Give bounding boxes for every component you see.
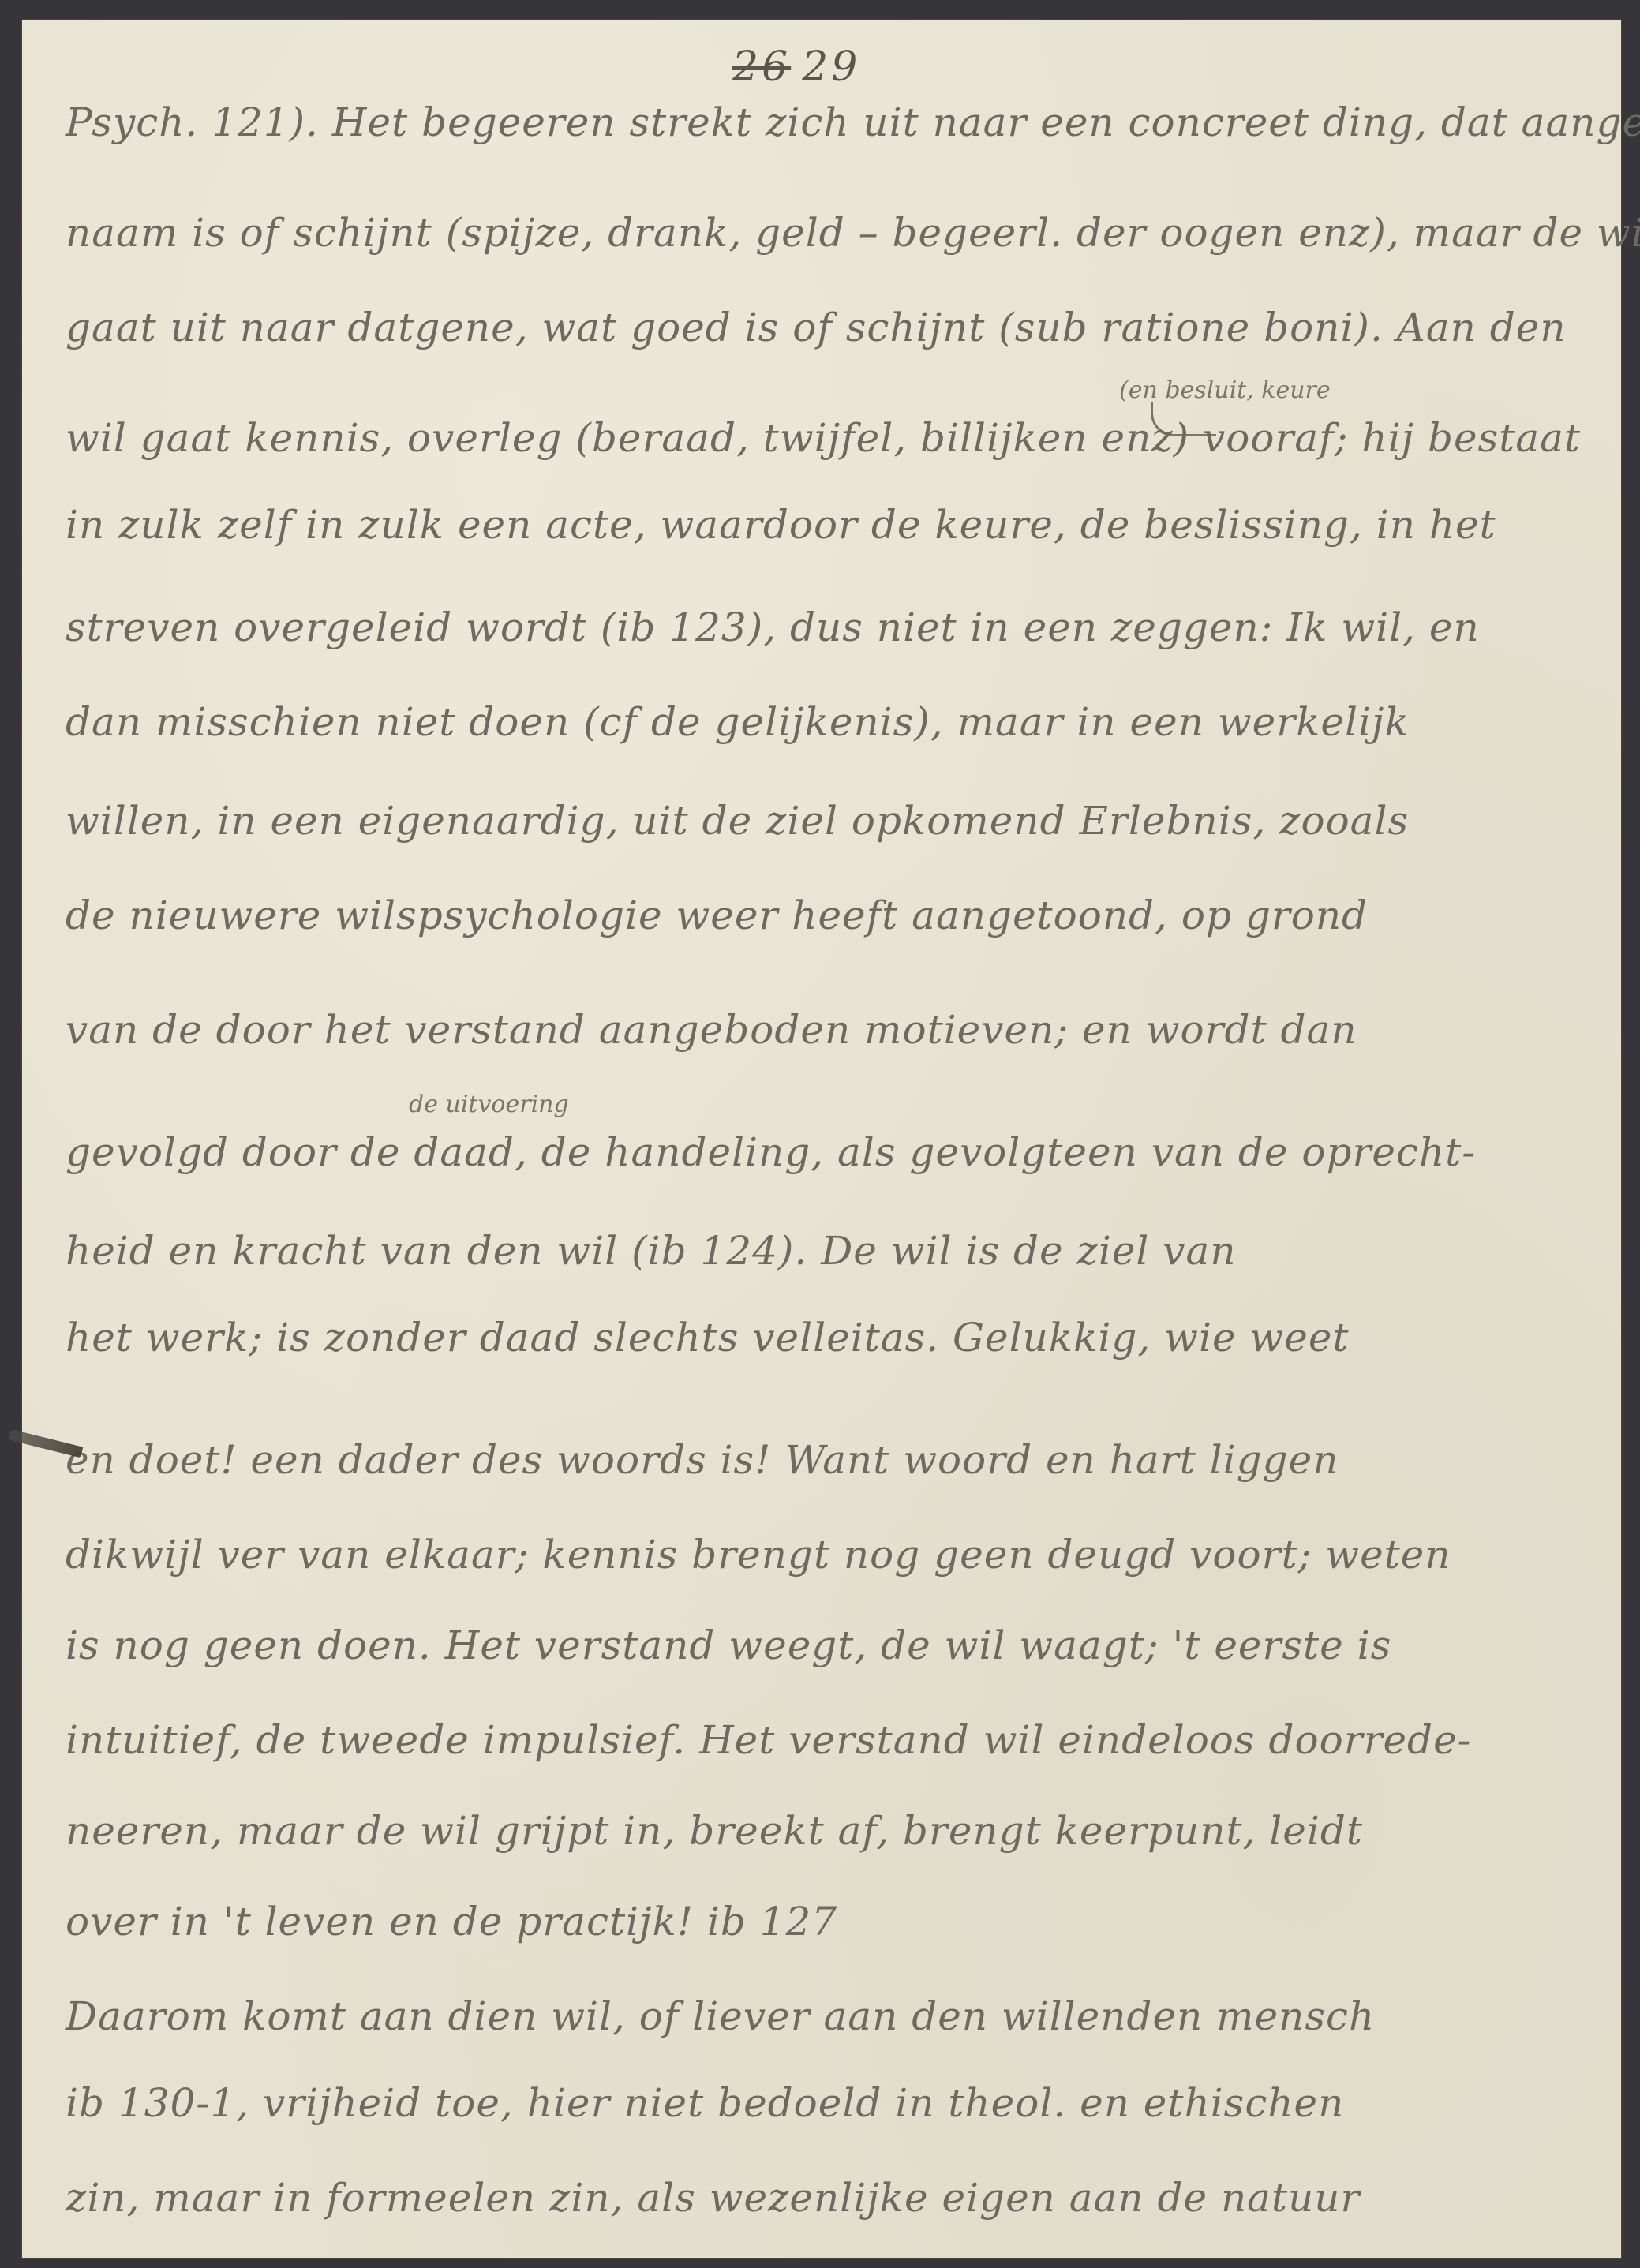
text-line-21: ib 130-1, vrijheid toe, hier niet bedoel… [66, 2083, 1344, 2123]
text-line-16: is nog geen doen. Het verstand weegt, de… [66, 1626, 1391, 1665]
text-line-17: intuitief, de tweede impulsief. Het vers… [66, 1720, 1472, 1760]
struck-page-number: 26 [732, 43, 791, 91]
text-line-5: in zulk zelf in zulk een acte, waardoor … [66, 505, 1496, 545]
manuscript-page: 2629 Psych. 121). Het begeeren strekt zi… [22, 20, 1621, 2258]
text-line-4: wil gaat kennis, overleg (beraad, twijfe… [66, 418, 1581, 458]
interlinear-note-1: (en besluit, keure [1119, 379, 1331, 402]
text-line-10: van de door het verstand aangeboden moti… [66, 1010, 1357, 1050]
text-line-9: de nieuwere wilspsychologie weer heeft a… [66, 896, 1368, 935]
text-line-14: en doet! een dader des woords is! Want w… [66, 1440, 1339, 1480]
text-line-2: naam is of schijnt (spijze, drank, geld … [66, 213, 1640, 253]
text-line-8: willen, in een eigenaardig, uit de ziel … [66, 801, 1409, 840]
text-line-18: neeren, maar de wil grijpt in, breekt af… [66, 1811, 1363, 1851]
text-line-19: over in 't leven en de practijk! ib 127 [66, 1902, 837, 1941]
text-line-1: Psych. 121). Het begeeren strekt zich ui… [66, 103, 1640, 142]
text-line-13: het werk; is zonder daad slechts velleit… [66, 1318, 1350, 1357]
text-line-11: gevolgd door de daad, de handeling, als … [66, 1132, 1476, 1172]
text-line-12: heid en kracht van den wil (ib 124). De … [66, 1231, 1237, 1271]
text-line-22: zin, maar in formeelen zin, als wezenlij… [66, 2178, 1360, 2217]
current-page-number: 29 [802, 43, 860, 91]
text-line-3: gaat uit naar datgene, wat goed is of sc… [66, 308, 1567, 347]
interlinear-note-2: de uitvoering [409, 1093, 569, 1117]
text-line-6: streven overgeleid wordt (ib 123), dus n… [66, 608, 1480, 647]
text-line-20: Daarom komt aan dien wil, of liever aan … [66, 1997, 1375, 2036]
text-line-7: dan misschien niet doen (cf de gelijkeni… [66, 702, 1410, 742]
page-number: 2629 [732, 43, 860, 91]
text-line-15: dikwijl ver van elkaar; kennis brengt no… [66, 1535, 1451, 1574]
